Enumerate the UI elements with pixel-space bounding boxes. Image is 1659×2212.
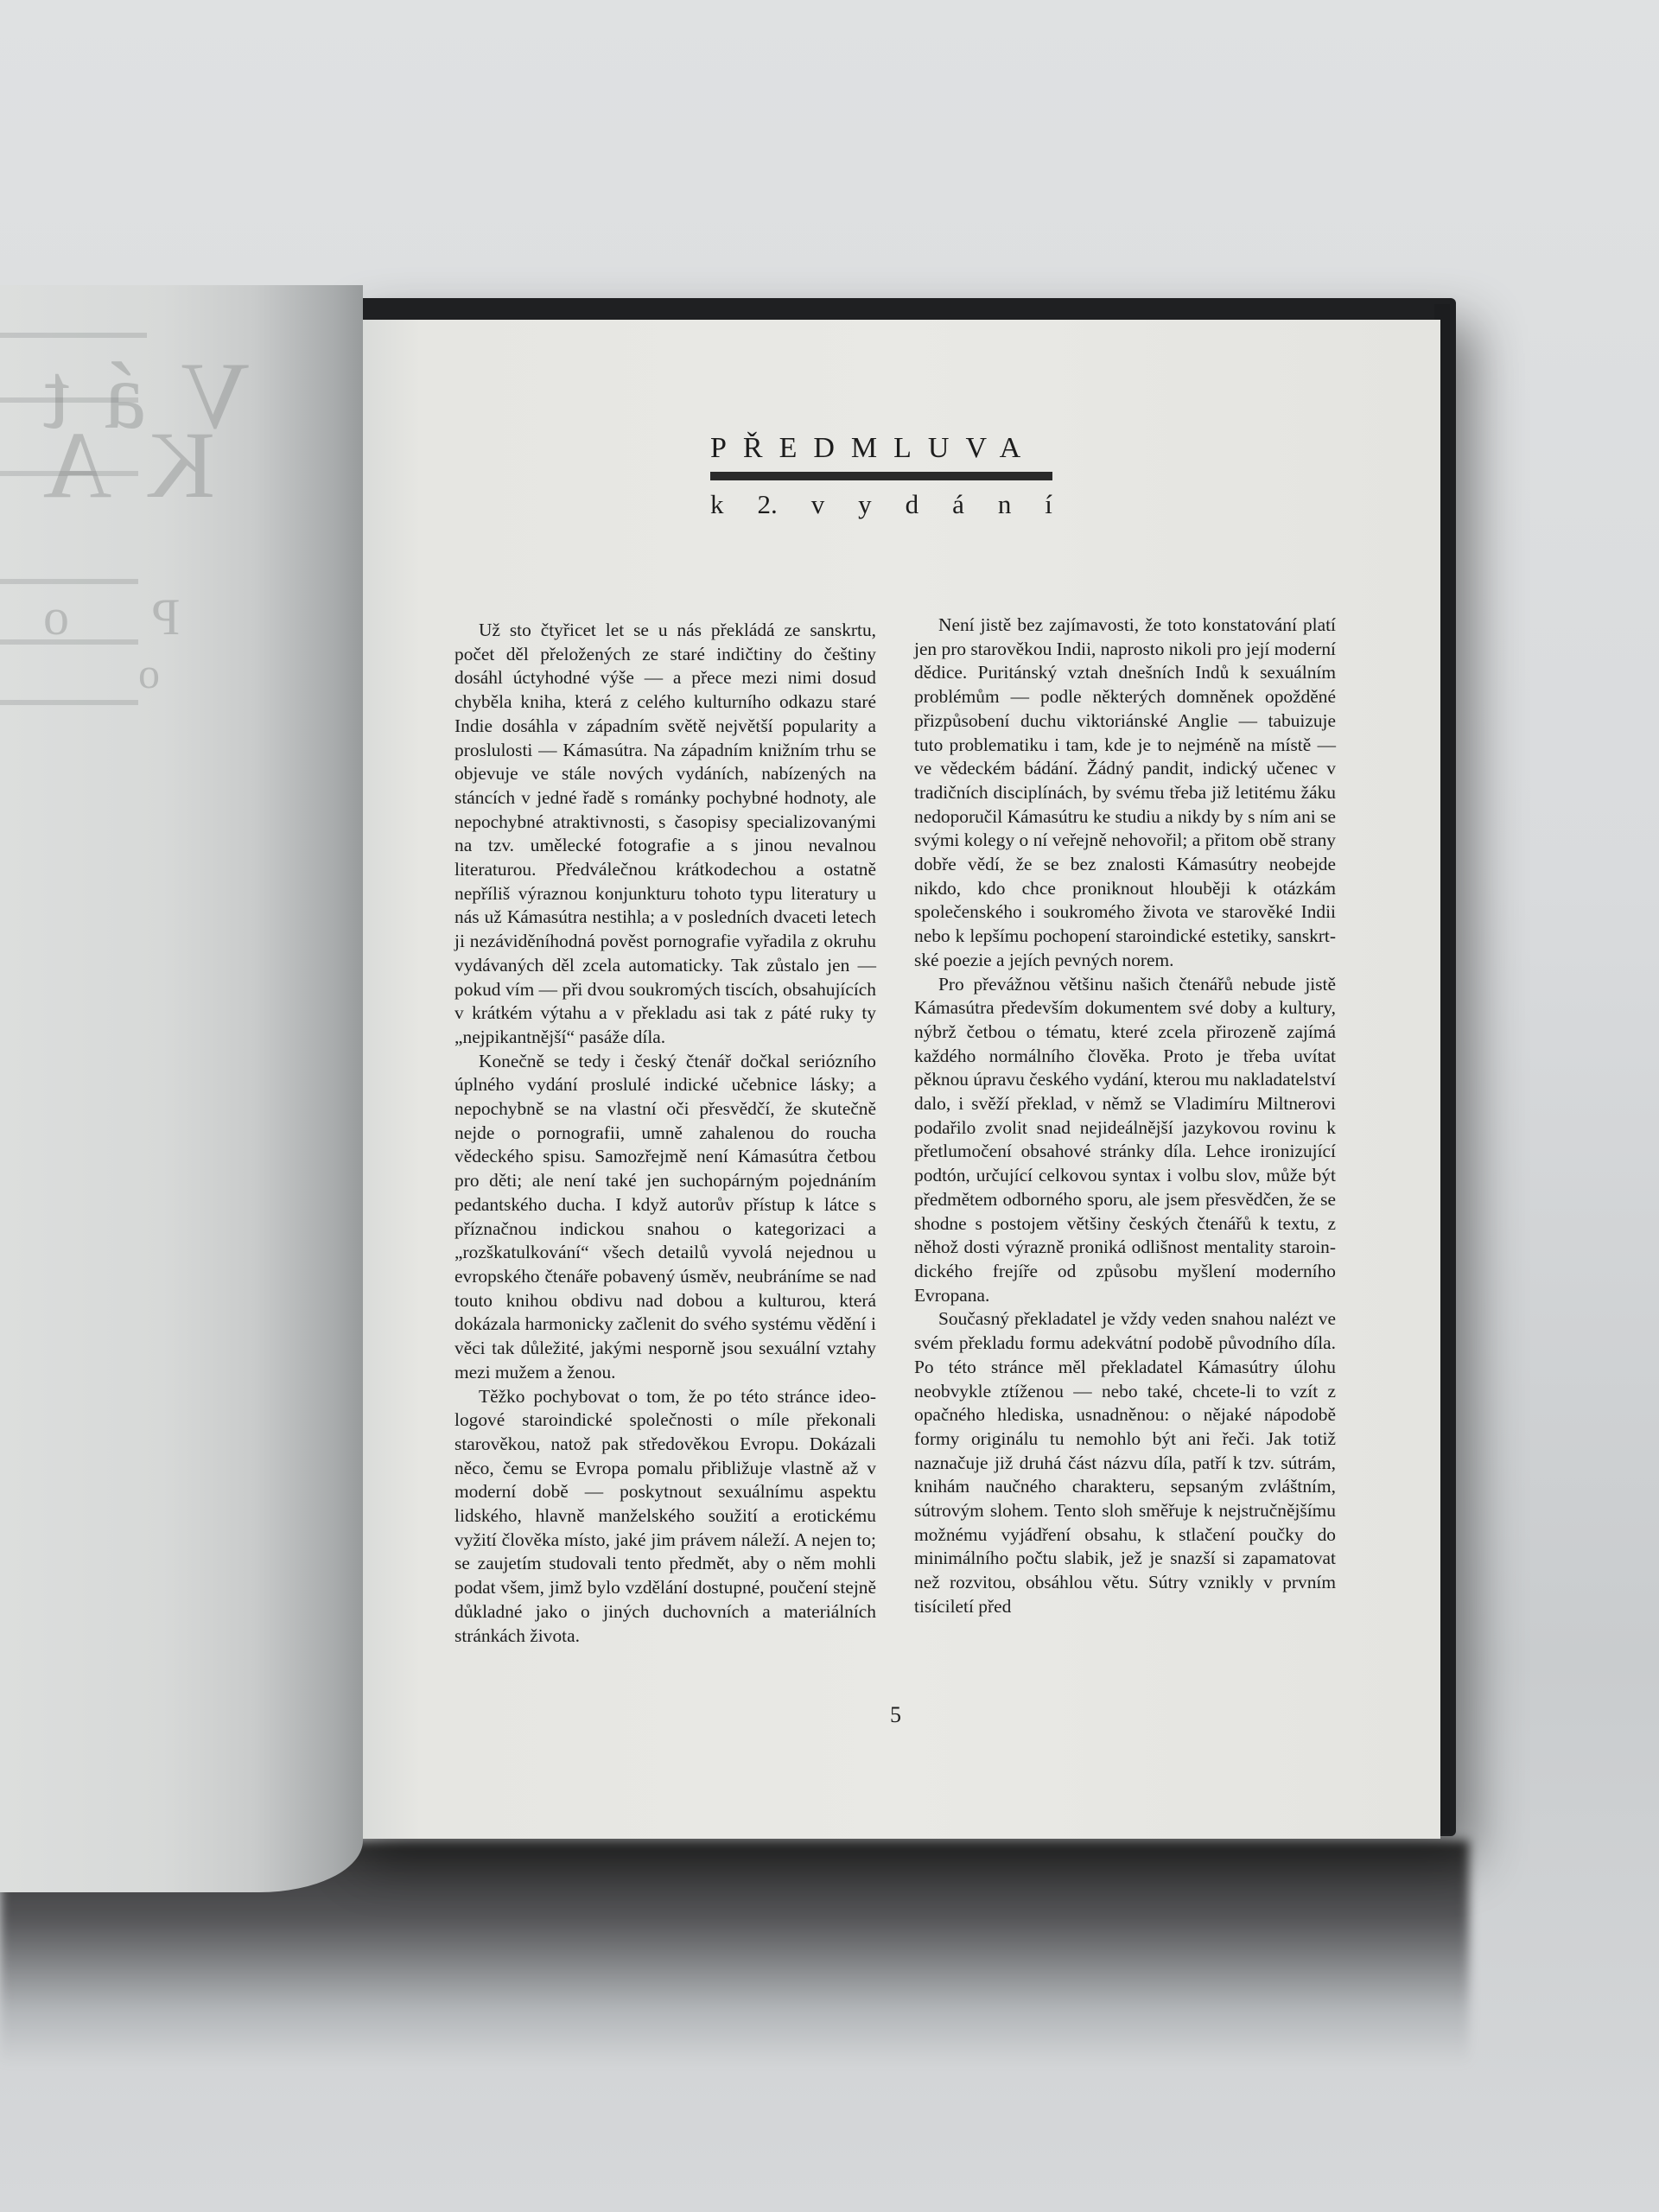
paragraph: Konečně se tedy i český čtenář dočkal se… [454,1050,876,1385]
show-through-rule [0,579,138,584]
subtitle-char: y [858,489,872,520]
show-through-rule [0,333,147,338]
show-through-letter: A [9,412,111,518]
text-column-right: Není jistě bez zajímavosti, že toto kons… [914,613,1336,1619]
subtitle-char: 2. [757,489,777,520]
show-through-letter: o [9,588,69,645]
paragraph: Už sto čtyřicet let se u nás překládá ze… [454,619,876,1050]
chapter-heading: PŘEDMLUVA k 2. v y d á n í [710,432,1052,520]
show-through-text: P o [9,588,180,647]
subtitle-char: k [710,489,724,520]
show-through-letter: K [111,412,214,518]
chapter-subtitle: k 2. v y d á n í [710,489,1052,520]
show-through-letter: o [104,649,160,697]
subtitle-char: á [952,489,964,520]
page-number: 5 [890,1702,901,1728]
show-through-rule [0,397,138,403]
subtitle-char: d [906,489,919,520]
subtitle-char: í [1045,489,1052,520]
paragraph: Současný překladatel je vždy veden snaho… [914,1307,1336,1618]
show-through-rule [0,471,138,476]
show-through-text: o [104,648,160,698]
chapter-title: PŘEDMLUVA [710,432,1052,465]
show-through-rule [0,639,138,645]
subtitle-char: n [998,489,1012,520]
paragraph: Není jistě bez zajímavosti, že toto kons… [914,613,1336,973]
show-through-letter: P [117,588,180,645]
paragraph: Těžko pochybovat o tom, že po této strán… [454,1385,876,1649]
left-page-curled: Vát KA P o o [0,285,363,1892]
heading-rule [710,472,1052,480]
show-through-rule [0,700,138,705]
subtitle-char: v [811,489,825,520]
paragraph: Pro převážnou většinu našich čtenářů neb… [914,973,1336,1308]
show-through-text: KA [9,410,215,520]
text-column-left: Už sto čtyřicet let se u nás překládá ze… [454,619,876,1648]
